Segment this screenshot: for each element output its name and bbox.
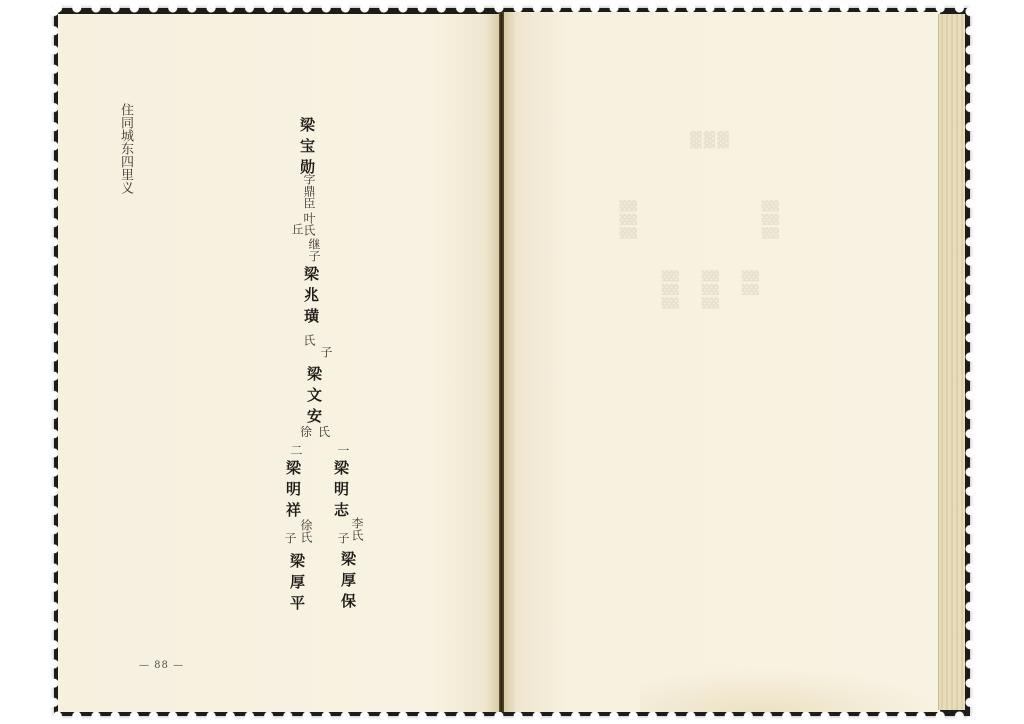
right-page	[504, 12, 940, 712]
courtesy-name-note: 字鼎臣	[302, 173, 315, 209]
bleed-through-mark: ▓▓▓	[618, 200, 638, 241]
book-page-edges	[938, 14, 965, 710]
son2-child-note: 子	[283, 532, 296, 544]
person-name-gen3: 梁文安	[306, 366, 322, 429]
son2-name: 梁明祥	[285, 460, 301, 523]
child-note-gen2: 子	[319, 346, 332, 358]
son1-order: 一	[336, 444, 349, 456]
grandson1-name: 梁厚保	[340, 551, 356, 614]
son1-name: 梁明志	[333, 460, 349, 523]
spouse-note-gen3: 徐氏	[300, 426, 336, 439]
bleed-through-mark: ▓▓▓	[760, 200, 780, 241]
son2-order: 二	[289, 444, 302, 456]
stamp-edge-right	[964, 2, 976, 722]
bleed-through-mark: ▓▓▓	[660, 270, 680, 311]
grandson2-name: 梁厚平	[289, 553, 305, 616]
son2-spouse-note: 徐氏	[299, 519, 312, 543]
place-note-gen1: 丘	[290, 223, 303, 235]
adoption-note: 继子	[307, 238, 320, 262]
bleed-through-mark: ▓▓▓	[700, 270, 720, 311]
person-name-gen2: 梁兆璜	[303, 266, 319, 329]
bleed-through-mark: ▓▓	[740, 270, 760, 297]
son1-child-note: 子	[336, 532, 349, 544]
spouse-note-gen2: 氏	[302, 334, 315, 346]
water-stain	[640, 668, 940, 712]
bleed-through-mark: ▓▓▓	[690, 130, 731, 150]
son1-spouse-note: 李氏	[350, 517, 363, 541]
page-number: — 88 —	[139, 660, 184, 671]
residence-note: 住同城东四里义	[118, 103, 132, 194]
person-name-gen1: 梁宝勋	[299, 117, 315, 180]
